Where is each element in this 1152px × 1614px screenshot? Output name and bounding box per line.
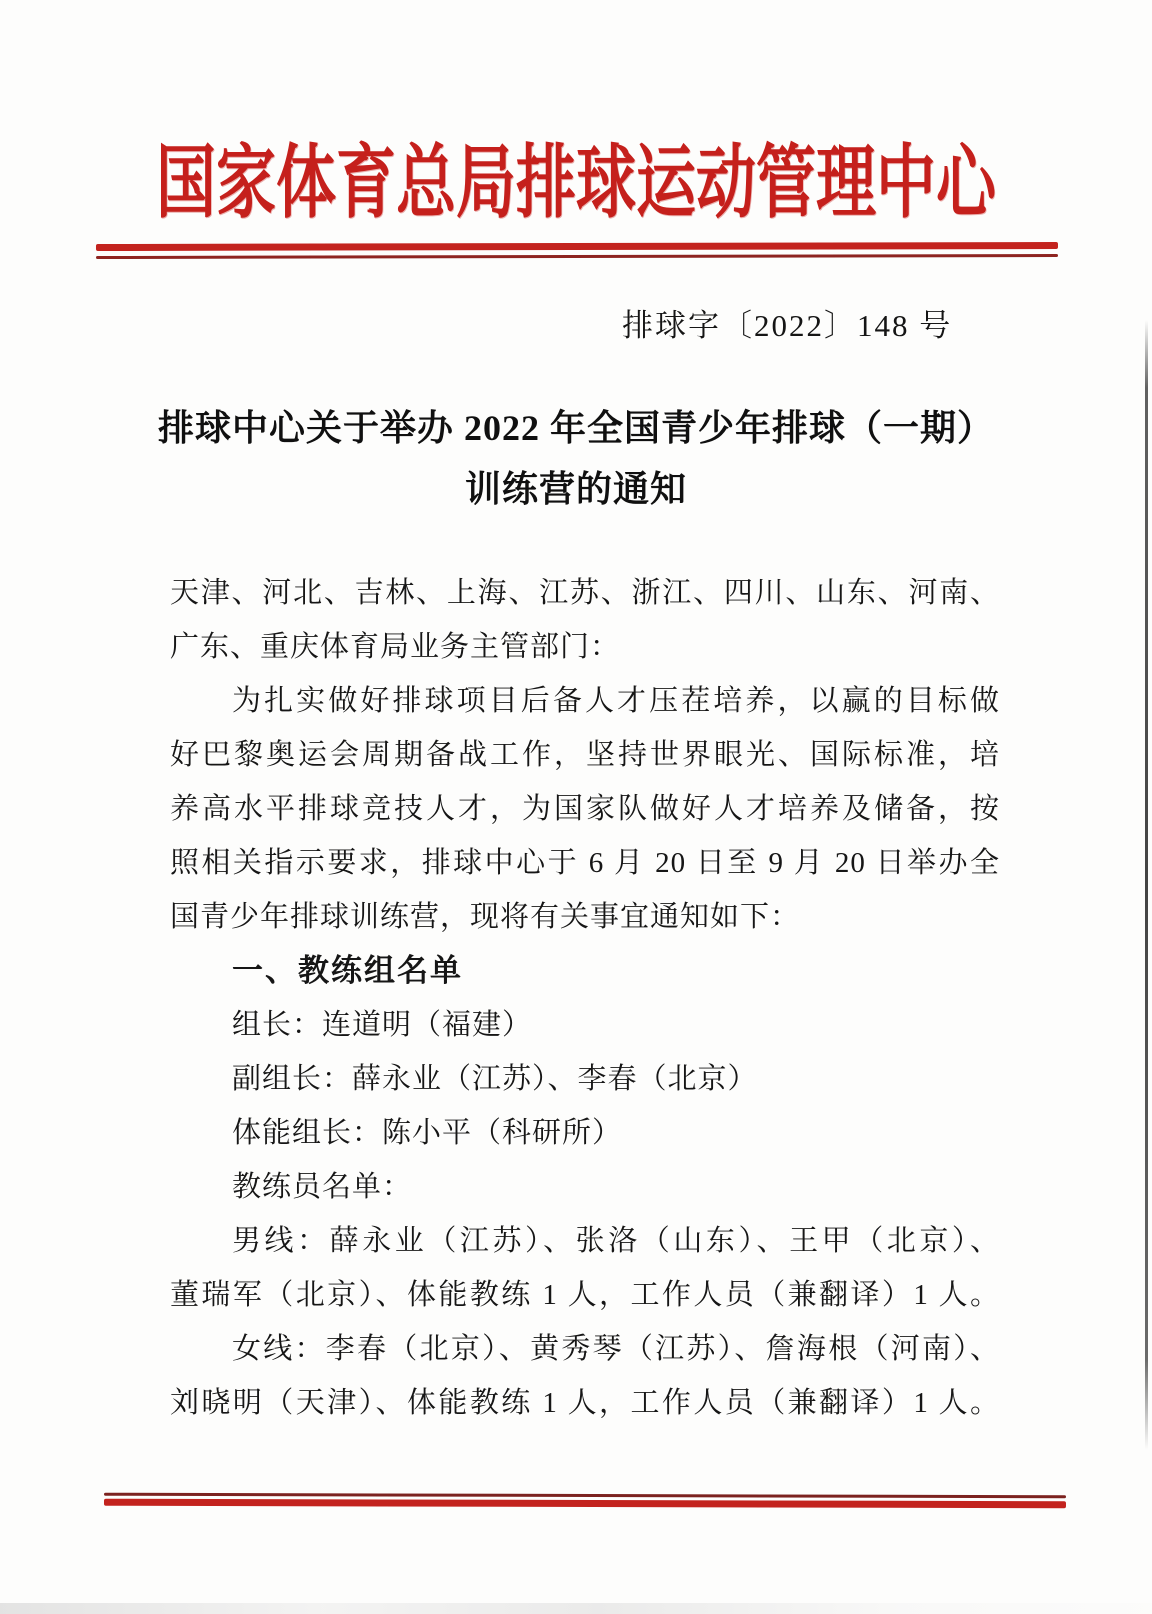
body-line-para-1: 为扎实做好排球项目后备人才压茬培养，以赢的目标做 xyxy=(170,674,1000,728)
scan-artifact-right-edge xyxy=(1145,320,1148,1450)
body-line-para-5: 国青少年排球训练营，现将有关事宜通知如下： xyxy=(170,890,1000,944)
title-line-2: 训练营的通知 xyxy=(0,459,1152,520)
body-line-deputy-leaders: 副组长：薛永业（江苏）、李春（北京） xyxy=(170,1052,1000,1106)
body-line-recipients-1: 天津、河北、吉林、上海、江苏、浙江、四川、山东、河南、 xyxy=(170,566,1000,620)
body-line-para-4: 照相关指示要求，排球中心于 6 月 20 日至 9 月 20 日举办全 xyxy=(170,836,1000,890)
footer-divider xyxy=(104,1493,1066,1509)
letterhead: 国家体育总局排球运动管理中心 xyxy=(0,140,1152,232)
body-line-mens-coaches-1: 男线：薛永业（江苏）、张洛（山东）、王甲（北京）、 xyxy=(170,1214,1000,1268)
document-number: 排球字〔2022〕148 号 xyxy=(622,300,952,345)
body-line-recipients-2: 广东、重庆体育局业务主管部门： xyxy=(170,620,1000,674)
divider-thin-line xyxy=(96,254,1058,259)
document-title: 排球中心关于举办 2022 年全国青少年排球（一期） 训练营的通知 xyxy=(0,398,1152,520)
letterhead-divider xyxy=(96,242,1058,259)
title-line-1: 排球中心关于举办 2022 年全国青少年排球（一期） xyxy=(0,398,1152,459)
body-line-para-3: 养高水平排球竞技人才，为国家队做好人才培养及储备，按 xyxy=(170,782,1000,836)
body-line-group-leader: 组长：连道明（福建） xyxy=(170,998,1000,1052)
body-line-fitness-leader: 体能组长：陈小平（科研所） xyxy=(170,1106,1000,1160)
scan-artifact-bottom-edge xyxy=(0,1603,1152,1614)
document-page: 国家体育总局排球运动管理中心 排球字〔2022〕148 号 排球中心关于举办 2… xyxy=(0,0,1152,1614)
footer-thick-line xyxy=(104,1499,1066,1509)
body-line-mens-coaches-2: 董瑞军（北京）、体能教练 1 人，工作人员（兼翻译）1 人。 xyxy=(170,1268,1000,1322)
body-line-para-2: 好巴黎奥运会周期备战工作，坚持世界眼光、国际标准，培 xyxy=(170,728,1000,782)
body-line-coach-roster-label: 教练员名单： xyxy=(170,1160,1000,1214)
document-body: 天津、河北、吉林、上海、江苏、浙江、四川、山东、河南、 广东、重庆体育局业务主管… xyxy=(170,566,1000,1430)
body-line-womens-coaches-2: 刘晓明（天津）、体能教练 1 人，工作人员（兼翻译）1 人。 xyxy=(170,1376,1000,1430)
letterhead-title: 国家体育总局排球运动管理中心 xyxy=(156,140,996,228)
section-heading-coach-list: 一、教练组名单 xyxy=(170,944,1000,998)
body-line-womens-coaches-1: 女线：李春（北京）、黄秀琴（江苏）、詹海根（河南）、 xyxy=(170,1322,1000,1376)
